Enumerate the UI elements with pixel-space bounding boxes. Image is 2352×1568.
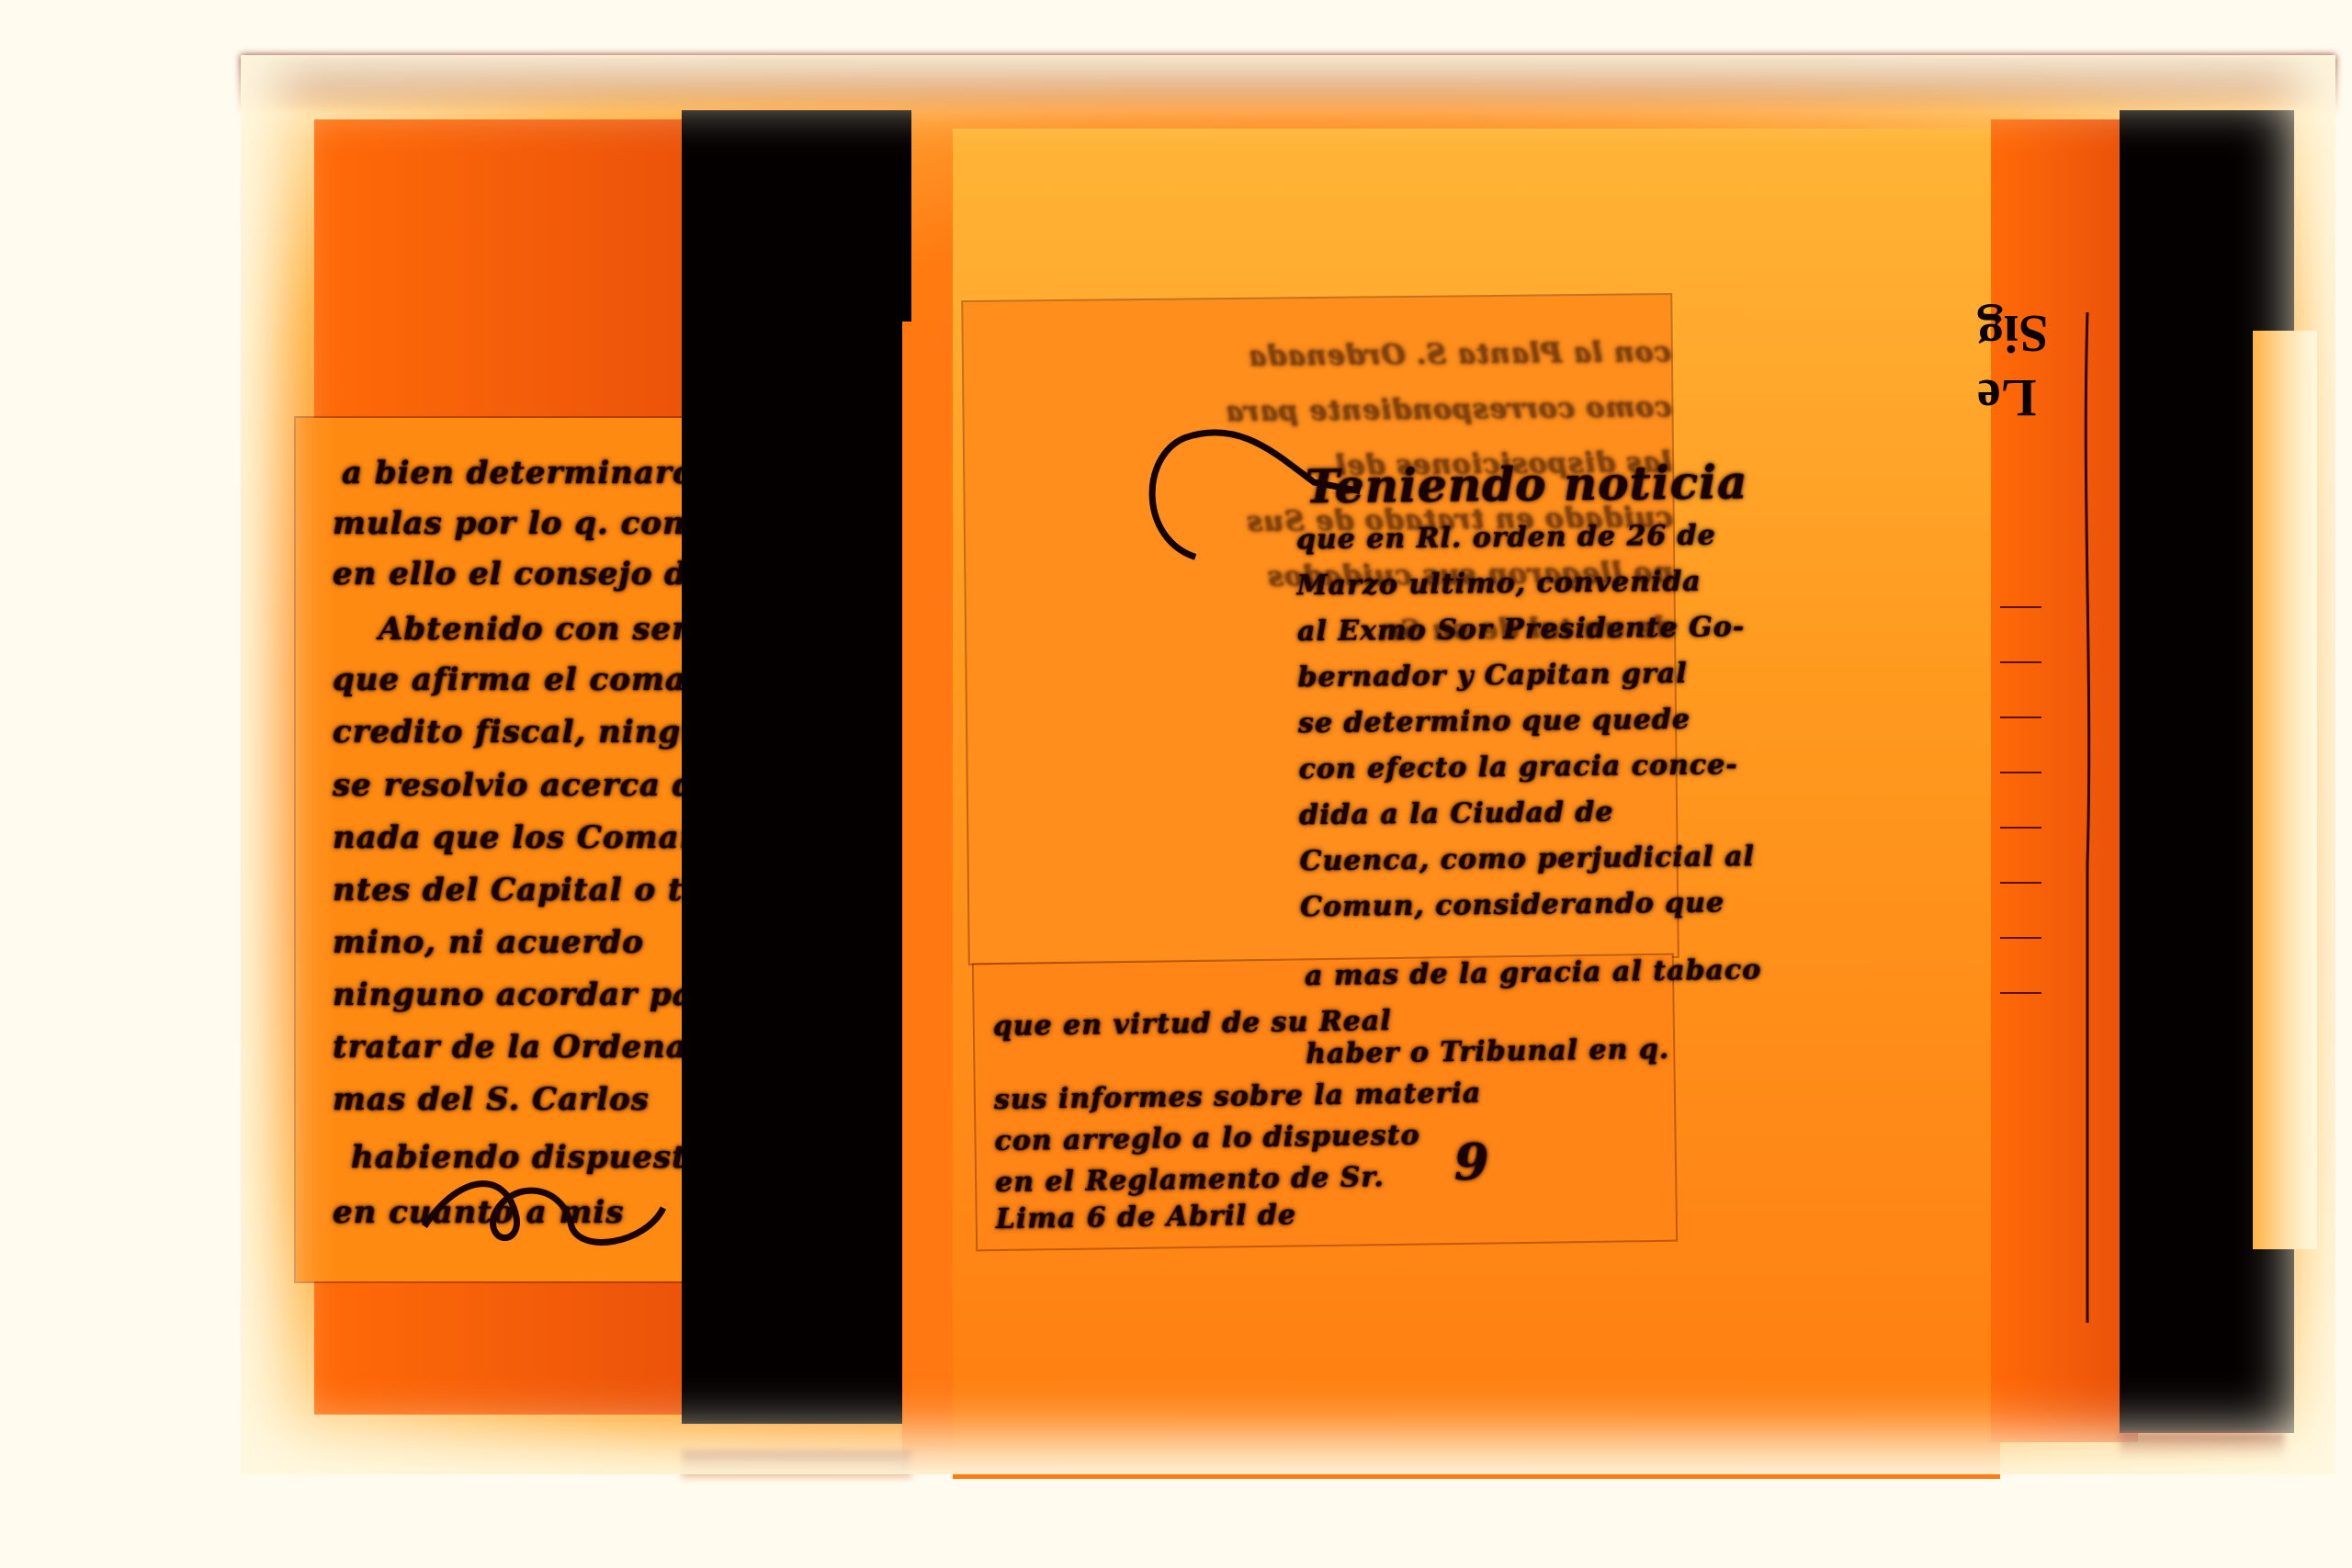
left-manuscript-page: a bien determinaron las mulas por lo q. … [296, 418, 718, 1281]
ms-line: ninguno acordar para [333, 976, 718, 1013]
ms-line: que afirma el comandante [333, 661, 718, 698]
edge-card [2253, 331, 2317, 1249]
ms-line: a bien determinaron las [342, 455, 718, 491]
tab-ruled-line [2000, 882, 2041, 884]
tab-ruled-line [2000, 827, 2041, 829]
top-shadow-band [241, 55, 2335, 110]
bleed-through-line: con la Planta S. Ordenada [991, 336, 1671, 376]
ms-line: a mas de la gracia al tabaco [1305, 955, 1672, 993]
right-manuscript-page: con la Planta S. Ordenada como correspon… [963, 295, 1677, 964]
tab-ruled-line [2000, 992, 2041, 994]
ms-line: mulas por lo q. concierne [333, 505, 718, 542]
tab-ruled-line [2000, 937, 2041, 939]
ms-line: haber o Tribunal en q. [1306, 1033, 1673, 1071]
ms-line: Cuenca, como perjudicial al [1299, 841, 1676, 877]
ms-line: Lima 6 de Abril de [996, 1194, 1676, 1235]
ms-line: Marzo ultimo, convenida [1296, 566, 1673, 602]
ms-line: credito fiscal, ninguna [333, 714, 718, 750]
ms-line: que en Rl. orden de 26 de [1296, 520, 1673, 556]
tab-ruled-line [2000, 716, 2041, 718]
tab-ruled-line [2000, 661, 2041, 663]
folio-mark: 9 [1453, 1130, 1675, 1191]
ms-line: se resolvio acerca de [333, 767, 718, 804]
ms-line: tratar de la Ordenanza [333, 1029, 718, 1066]
archive-box-void-left [682, 110, 911, 1424]
ms-line: mino, ni acuerdo [333, 924, 718, 961]
ms-line: Comun, considerando que [1300, 887, 1677, 923]
tab-ruled-line [2000, 606, 2041, 608]
bottom-shadow-left [682, 1451, 911, 1479]
bottom-shadow-right [2120, 1433, 2285, 1461]
ms-line: al Exmo Sor Presidente Go- [1297, 612, 1674, 648]
tab-ruled-line [2000, 772, 2041, 773]
ms-line: sus informes sobre la materia [994, 1075, 1674, 1116]
ms-line: mas del S. Carlos [333, 1081, 718, 1118]
ms-line: en ello el consejo del Rey. [333, 556, 718, 592]
right-manuscript-lower: a mas de la gracia al tabaco que en virt… [974, 955, 1676, 1250]
tab-print-le: Le [1977, 367, 2036, 429]
tab-print-sig: Sig [1977, 303, 2048, 365]
ms-line: dida a la Ciudad de [1299, 795, 1676, 831]
ms-line: Abtenido con ser cierto [379, 611, 718, 648]
signature-rubric-icon [406, 1153, 682, 1263]
heading-teniendo-noticia: Teniendo noticia [1305, 456, 1673, 513]
photo-frame: a bien determinaron las mulas por lo q. … [241, 55, 2335, 1474]
binding-thread-icon [2078, 312, 2097, 1323]
ms-line: nada que los Comanda- [333, 819, 718, 856]
ms-line: con efecto la gracia conce- [1298, 750, 1675, 785]
ms-line: ntes del Capital o ter- [333, 872, 718, 908]
